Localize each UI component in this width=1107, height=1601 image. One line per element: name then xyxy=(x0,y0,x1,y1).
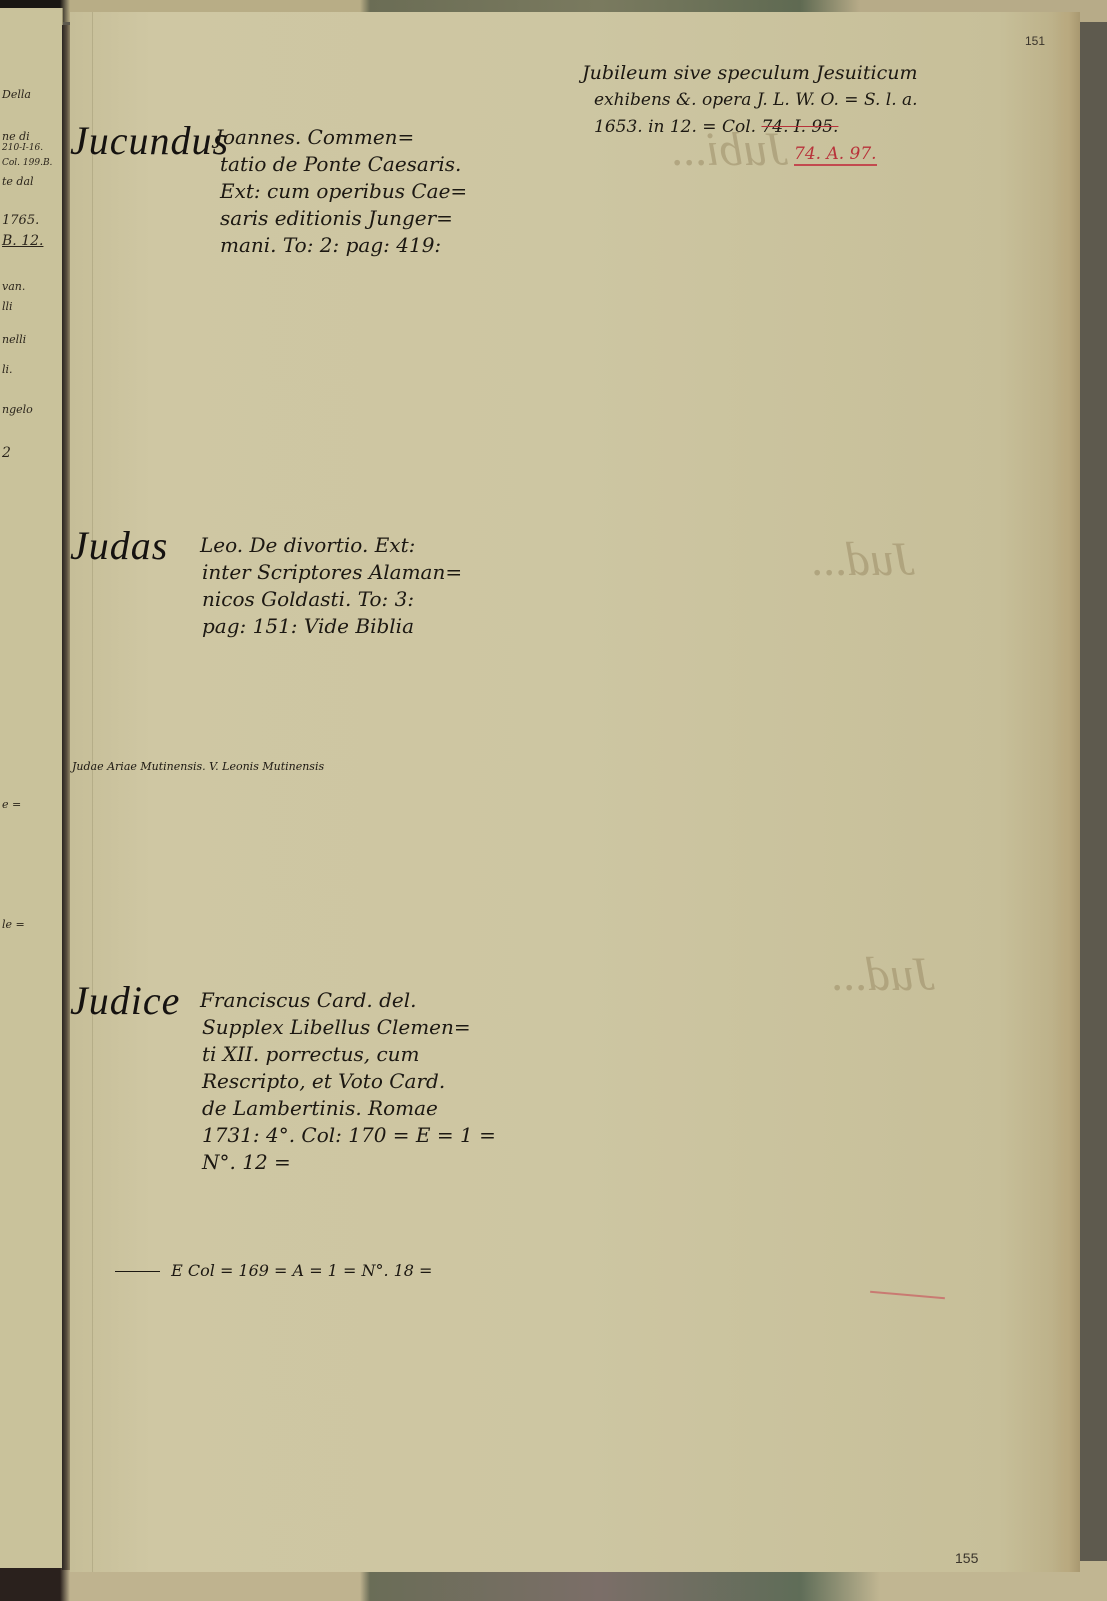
entry-heading: Jucundus xyxy=(70,118,229,163)
entry-line: saris editionis Junger= xyxy=(220,205,467,232)
entry-jucundus-body: Joannes. Commen= tatio de Ponte Caesaris… xyxy=(220,124,467,259)
entry-line: Rescripto, et Voto Card. xyxy=(202,1068,496,1095)
entry-line: pag: 151: Vide Biblia xyxy=(202,613,462,640)
margin-fragment: lli xyxy=(2,300,13,313)
entry-line: nicos Goldasti. To: 3: xyxy=(202,586,462,613)
red-pen-mark xyxy=(870,1291,945,1300)
entry-jucundus: Jucundus xyxy=(70,117,229,164)
addendum-line: E Col = 169 = A = 1 = N°. 18 = xyxy=(171,1261,432,1280)
entry-line: Supplex Libellus Clemen= xyxy=(202,1014,496,1041)
page-edge xyxy=(1052,12,1080,1572)
struck-shelfmark: 74. I. 95. xyxy=(761,117,838,137)
margin-fragment: te dal xyxy=(2,175,34,188)
entry-line: inter Scriptores Alaman= xyxy=(202,559,462,586)
margin-fragment: nelli xyxy=(2,333,26,346)
entry-line: Judae Ariae Mutinensis. V. Leonis Mutine… xyxy=(72,760,324,773)
dash-rule xyxy=(115,1271,160,1272)
margin-fragment: li. xyxy=(2,363,13,376)
left-page-fragment: Della ne di 210-I-16. Col. 199.B. te dal… xyxy=(0,8,63,1568)
entry-judas-body: Leo. De divortio. Ext: inter Scriptores … xyxy=(200,532,462,640)
entry-judas: Judas xyxy=(70,522,168,569)
margin-fragment: 210-I-16. xyxy=(2,143,43,153)
folio-number-top: 151 xyxy=(1025,34,1045,48)
margin-fragment: Col. 199.B. xyxy=(2,158,52,168)
entry-judice: Judice xyxy=(70,977,180,1024)
entry-line: N°. 12 = xyxy=(202,1149,496,1176)
corrected-shelfmark-text: 74. A. 97. xyxy=(794,144,877,166)
entry-judice-addendum: E Col = 169 = A = 1 = N°. 18 = xyxy=(115,1257,432,1284)
margin-fragment: 1765. xyxy=(2,213,39,228)
entry-line: tatio de Ponte Caesaris. xyxy=(220,151,467,178)
margin-fragment: le = xyxy=(2,918,25,931)
margin-fragment: Della xyxy=(2,88,31,101)
entry-line: Jubileum sive speculum Jesuiticum xyxy=(582,60,918,87)
bleed-through-text: Jud... xyxy=(810,532,915,587)
page-number: 155 xyxy=(955,1550,978,1566)
margin-fragment: van. xyxy=(2,280,25,293)
bleed-through-text: Jud... xyxy=(830,947,935,1002)
margin-fragment: 2 xyxy=(2,445,11,461)
entry-line: de Lambertinis. Romae xyxy=(202,1095,496,1122)
entry-heading: Judice xyxy=(70,978,180,1023)
book-spine xyxy=(62,25,70,1570)
corrected-shelfmark: 74. A. 97. xyxy=(794,141,918,168)
margin-rule xyxy=(92,12,93,1572)
entry-line: 1731: 4°. Col: 170 = E = 1 = xyxy=(202,1122,496,1149)
entry-line: Ext: cum operibus Cae= xyxy=(220,178,467,205)
margin-fragment: ne di xyxy=(2,130,30,143)
entry-line: ti XII. porrectus, cum xyxy=(202,1041,496,1068)
entry-judae-ariae: Judae Ariae Mutinensis. V. Leonis Mutine… xyxy=(72,760,324,773)
entry-line: 1653. in 12. = Col. xyxy=(594,117,756,137)
margin-fragment: ngelo xyxy=(2,403,33,416)
entry-judice-body: Franciscus Card. del. Supplex Libellus C… xyxy=(200,987,496,1176)
margin-shelfmark-red: B. 12. xyxy=(2,233,43,249)
entry-line: Joannes. Commen= xyxy=(215,124,467,151)
entry-jubileum: Jubileum sive speculum Jesuiticum exhibe… xyxy=(582,60,918,168)
entry-line: Leo. De divortio. Ext: xyxy=(200,532,462,559)
entry-line: Franciscus Card. del. xyxy=(200,987,496,1014)
entry-line: exhibens &. opera J. L. W. O. = S. l. a. xyxy=(594,87,918,114)
entry-heading: Judas xyxy=(70,523,168,568)
entry-line: mani. To: 2: pag: 419: xyxy=(220,232,467,259)
margin-fragment: e = xyxy=(2,798,21,811)
manuscript-page: 151 Jubi... Jud... Jud... Jucundus Joann… xyxy=(70,12,1080,1572)
